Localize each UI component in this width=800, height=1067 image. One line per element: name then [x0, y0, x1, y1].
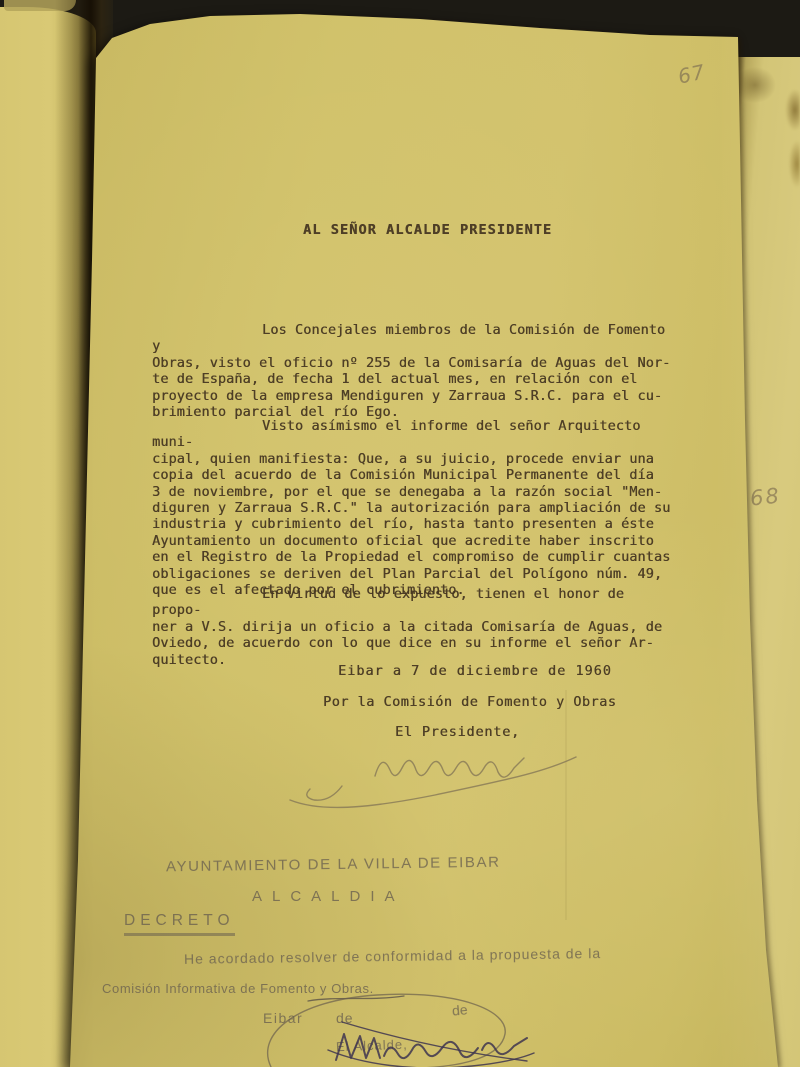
stamp-office-line: AYUNTAMIENTO DE LA VILLA DE EIBAR	[166, 854, 501, 876]
stamp-decree-text-1: He acordado resolver de conformidad a la…	[184, 945, 601, 967]
stamp-department-line: ALCALDIA	[252, 888, 405, 905]
commission-line: Por la Comisión de Fomento y Obras	[323, 694, 616, 710]
typed-paragraph-3: En virtud de lo expuesto, tienen el hono…	[152, 586, 672, 668]
president-signature-ink	[280, 742, 590, 817]
stamp-decreto-label: DECRETO	[124, 912, 235, 936]
typed-paragraph-2: Visto asímismo el informe del señor Arqu…	[152, 418, 672, 598]
date-line: Eibar a 7 de diciembre de 1960	[338, 663, 612, 679]
archival-book-photo: 68 67 AL SEÑOR ALCALDE PRESIDENTE Los Co…	[0, 0, 800, 1067]
document-page-wrap: 67 AL SEÑOR ALCALDE PRESIDENTE Los Conce…	[0, 0, 800, 1067]
alcalde-signature-ink	[322, 1020, 542, 1067]
page-number: 67	[676, 59, 708, 88]
typed-paragraph-1: Los Concejales miembros de la Comisión d…	[152, 322, 672, 420]
document-title: AL SEÑOR ALCALDE PRESIDENTE	[303, 222, 552, 238]
president-line: El Presidente,	[395, 724, 520, 740]
document-page: 67 AL SEÑOR ALCALDE PRESIDENTE Los Conce…	[0, 0, 800, 1067]
